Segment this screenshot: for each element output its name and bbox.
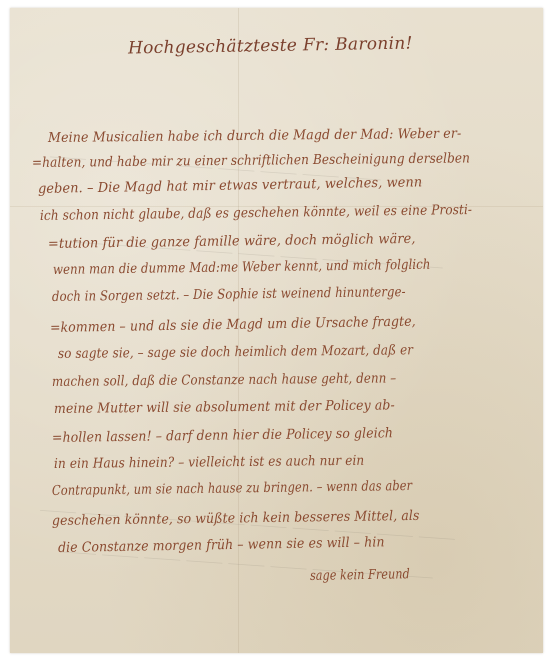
letter-line: in ein Haus hinein? – vielleicht ist es … (54, 453, 364, 472)
letter-line: geben. – Die Magd hat mir etwas vertraut… (38, 174, 423, 197)
letter-line: machen soll, daß die Constanze nach haus… (52, 370, 396, 390)
letter-line: doch in Sorgen setzt. – Die Sophie ist w… (52, 284, 406, 305)
letter-page: ⸻ ⸻ ⸻ ⸻ ⸻ ⸻ ⸻ ⸻ ⸻ ⸻ ⸻ ⸻ ⸻ ⸻ ⸻ ⸻ ⸻ ⸻ ⸻ ⸻ … (10, 8, 543, 653)
letter-line: Contrapunkt, um sie nach hause zu bringe… (52, 478, 412, 499)
letter-closing-fragment: sage kein Freund (310, 566, 410, 584)
letter-line: Meine Musicalien habe ich durch die Magd… (48, 126, 461, 146)
letter-line: =halten, und habe mir zu einer schriftli… (32, 150, 470, 171)
letter-line: =tution für die ganze famille wäre, doch… (48, 231, 416, 252)
letter-line: wenn man die dumme Mad:me Weber kennt, u… (53, 257, 431, 278)
letter-line: =kommen – und als sie die Magd um die Ur… (50, 314, 416, 336)
letter-line: so sagte sie, – sage sie doch heimlich d… (58, 342, 413, 362)
letter-line: die Constanze morgen früh – wenn sie es … (58, 534, 385, 556)
letter-line: meine Mutter will sie absolument mit der… (54, 397, 395, 417)
letter-line: =hollen lassen! – darf denn hier die Pol… (52, 425, 393, 446)
letter-salutation: Hochgeschätzteste Fr: Baronin! (128, 34, 413, 59)
letter-line: geschehen könnte, so wüßte ich kein bess… (52, 508, 420, 529)
